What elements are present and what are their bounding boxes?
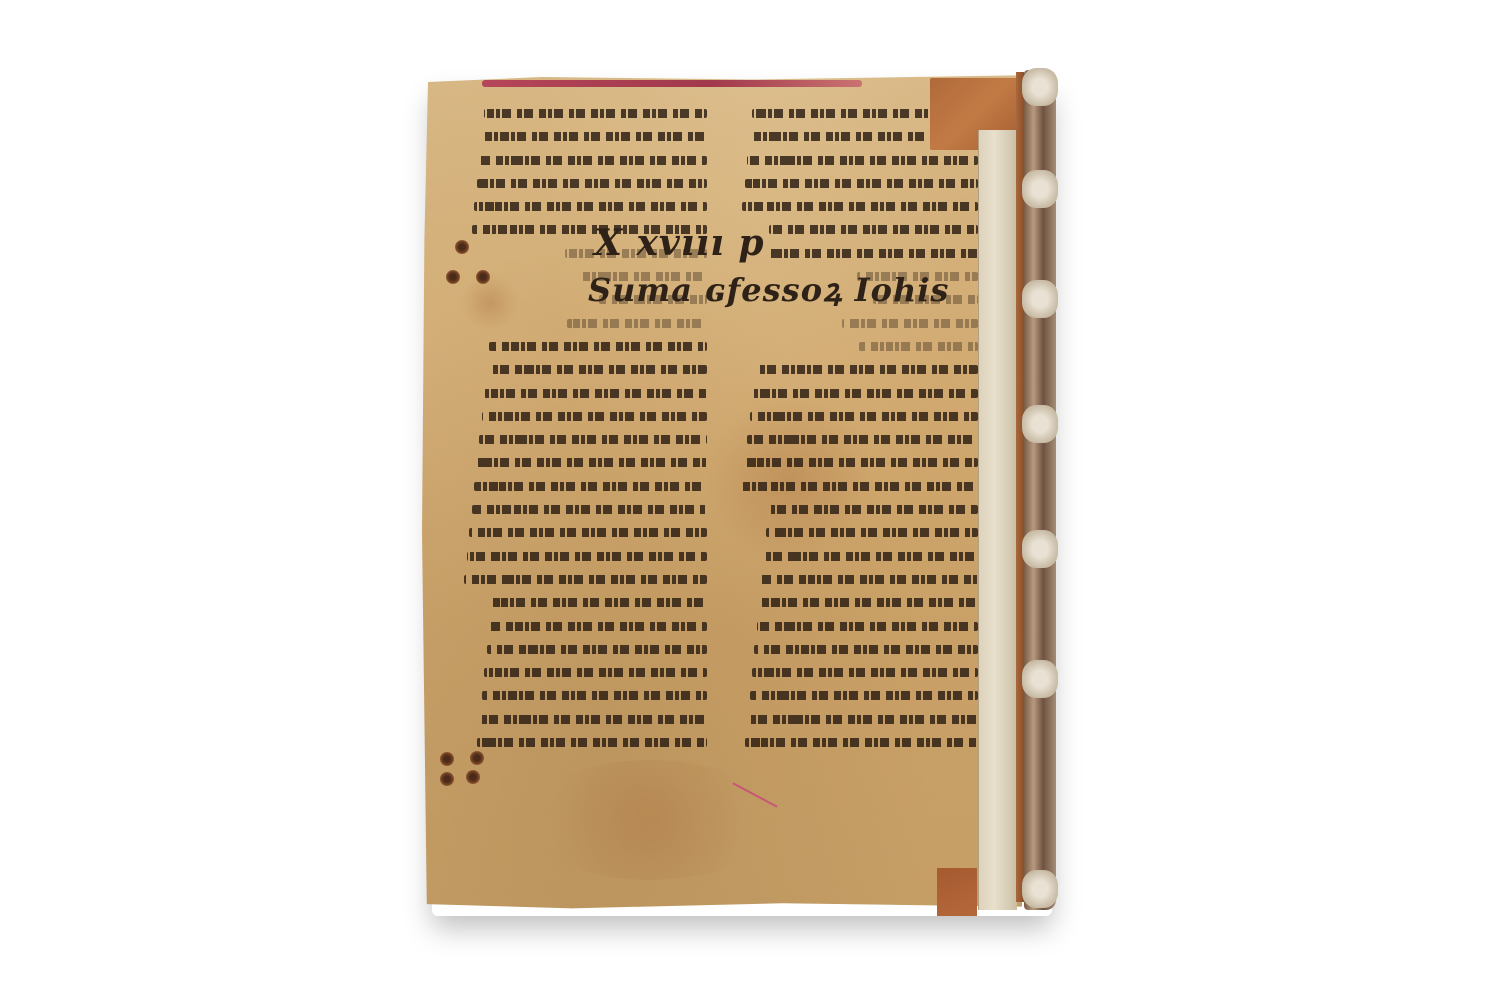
text-line	[740, 170, 978, 193]
text-line	[462, 706, 707, 729]
binding-hole	[466, 770, 480, 784]
left-text-column	[462, 100, 707, 752]
text-line	[740, 589, 978, 612]
text-line	[740, 310, 978, 333]
text-line	[462, 566, 707, 589]
text-line	[740, 729, 978, 752]
text-line	[740, 193, 978, 216]
text-line	[740, 240, 978, 263]
text-line	[740, 543, 978, 566]
spine-sewing-band	[1022, 660, 1058, 698]
right-text-column	[740, 100, 978, 752]
text-line	[740, 613, 978, 636]
text-line	[462, 659, 707, 682]
text-line	[462, 333, 707, 356]
binding-hole	[446, 270, 460, 284]
text-line	[740, 449, 978, 472]
spine-sewing-band	[1022, 280, 1058, 318]
text-line	[462, 380, 707, 403]
red-binding-edge	[482, 80, 862, 87]
text-line	[462, 589, 707, 612]
text-line	[740, 496, 978, 519]
text-line	[740, 147, 978, 170]
text-line	[462, 682, 707, 705]
text-line	[740, 473, 978, 496]
spine-sewing-band	[1022, 170, 1058, 208]
latin-heading-numeral: X xvııı p	[594, 222, 765, 264]
text-line	[740, 216, 978, 239]
spine-sewing-band	[1022, 68, 1058, 106]
text-line	[462, 193, 707, 216]
text-line	[740, 519, 978, 542]
text-line	[462, 519, 707, 542]
spine-paper-strip	[978, 130, 1017, 910]
text-line	[462, 729, 707, 752]
binding-hole	[440, 772, 454, 786]
text-line	[462, 310, 707, 333]
text-line	[740, 659, 978, 682]
text-line	[462, 356, 707, 379]
binding-hole	[470, 751, 484, 765]
text-line	[462, 473, 707, 496]
text-line	[462, 123, 707, 146]
text-line	[740, 380, 978, 403]
text-line	[740, 356, 978, 379]
text-line	[462, 613, 707, 636]
text-line	[740, 682, 978, 705]
water-stain	[520, 760, 780, 880]
text-line	[740, 636, 978, 659]
leather-patch-bottom	[937, 868, 977, 916]
text-line	[462, 496, 707, 519]
text-line	[462, 636, 707, 659]
text-line	[462, 170, 707, 193]
text-line	[740, 333, 978, 356]
text-line	[462, 543, 707, 566]
text-line	[462, 449, 707, 472]
spine-sewing-band	[1022, 870, 1058, 908]
text-line	[462, 426, 707, 449]
text-line	[462, 403, 707, 426]
latin-heading-title: Suma ɢfessoꝝ Iohis	[588, 268, 949, 311]
spine-sewing-band	[1022, 530, 1058, 568]
text-line	[740, 566, 978, 589]
text-line	[740, 706, 978, 729]
binding-hole	[440, 752, 454, 766]
text-line	[462, 147, 707, 170]
text-line	[740, 426, 978, 449]
spine-sewing-band	[1022, 405, 1058, 443]
text-line	[462, 100, 707, 123]
text-line	[740, 403, 978, 426]
